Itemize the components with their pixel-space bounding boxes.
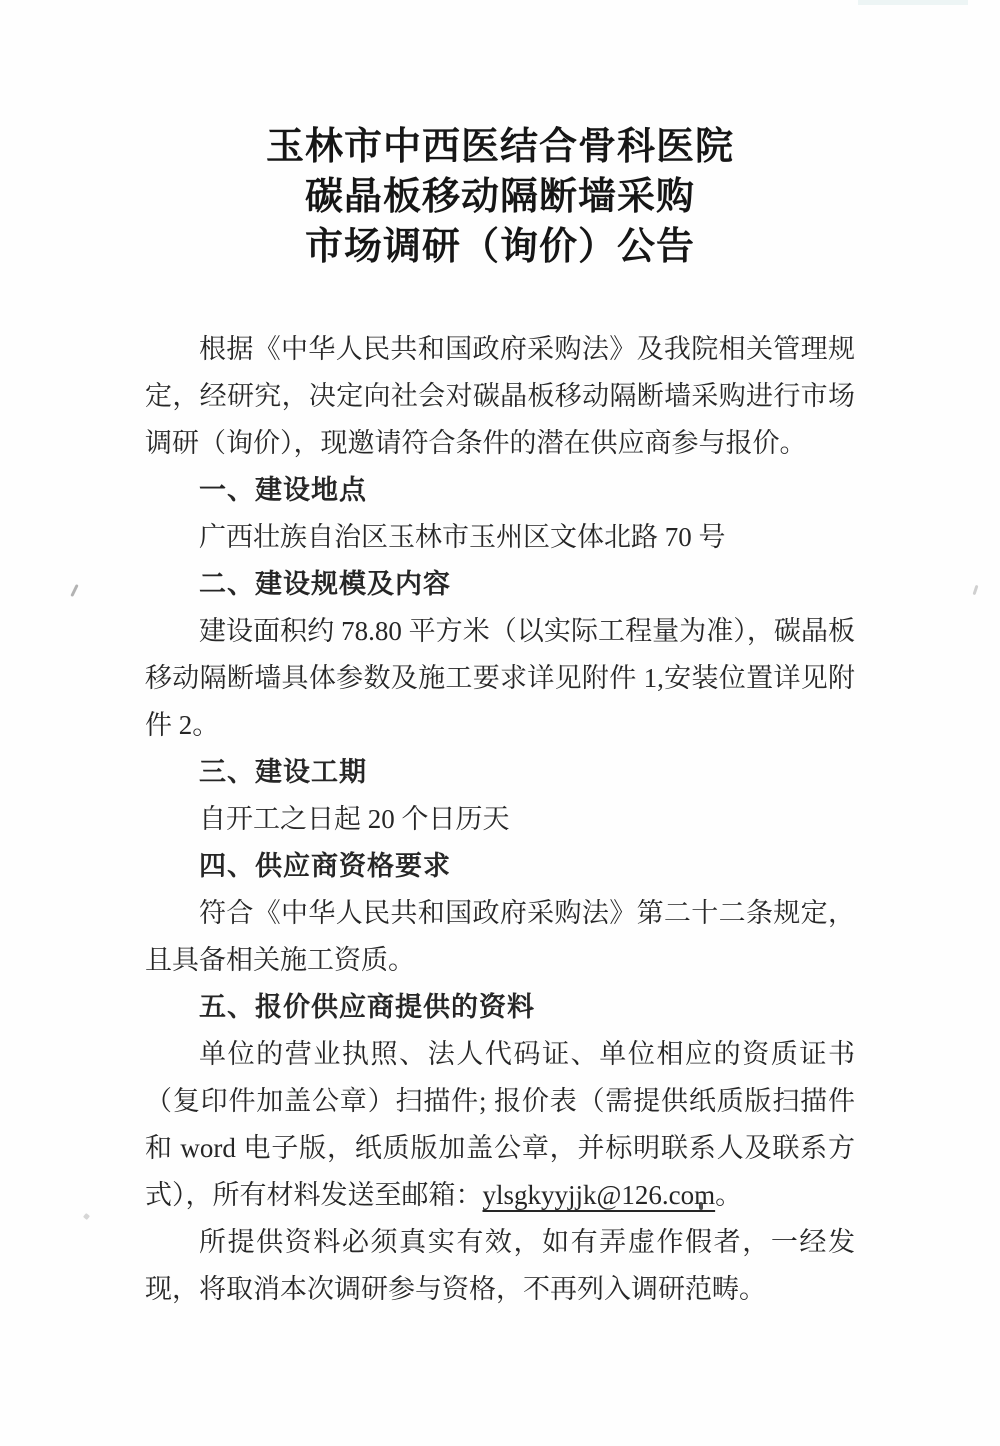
section-5-body: 单位的营业执照、法人代码证、单位相应的资质证书（复印件加盖公章）扫描件; 报价表…	[145, 1031, 855, 1219]
scan-artifact-dot	[699, 1202, 703, 1210]
document-title: 玉林市中西医结合骨科医院 碳晶板移动隔断墙采购 市场调研（询价）公告	[0, 0, 1000, 272]
title-line-3: 市场调研（询价）公告	[0, 222, 1000, 272]
section-2-heading: 二、建设规模及内容	[145, 561, 855, 608]
section-4-body: 符合《中华人民共和国政府采购法》第二十二条规定，且具备相关施工资质。	[145, 890, 855, 984]
section-3-body: 自开工之日起 20 个日历天	[145, 796, 855, 843]
section-5-heading: 五、报价供应商提供的资料	[145, 984, 855, 1031]
closing-paragraph: 所提供资料必须真实有效，如有弄虚作假者，一经发现，将取消本次调研参与资格，不再列…	[145, 1219, 855, 1313]
scan-edge-tint	[858, 0, 968, 5]
scanned-document-page: 玉林市中西医结合骨科医院 碳晶板移动隔断墙采购 市场调研（询价）公告 根据《中华…	[0, 0, 1000, 1446]
intro-paragraph: 根据《中华人民共和国政府采购法》及我院相关管理规定，经研究，决定向社会对碳晶板移…	[145, 326, 855, 467]
section-5-body-suffix: 。	[715, 1180, 742, 1210]
email-address: ylsgkyyjjk@126.com	[483, 1180, 716, 1210]
section-4-heading: 四、供应商资格要求	[145, 843, 855, 890]
title-line-2: 碳晶板移动隔断墙采购	[0, 172, 1000, 222]
section-2-body: 建设面积约 78.80 平方米（以实际工程量为准），碳晶板移动隔断墙具体参数及施…	[145, 608, 855, 749]
title-line-1: 玉林市中西医结合骨科医院	[0, 122, 1000, 172]
section-1-heading: 一、建设地点	[145, 467, 855, 514]
document-body: 根据《中华人民共和国政府采购法》及我院相关管理规定，经研究，决定向社会对碳晶板移…	[0, 326, 1000, 1313]
section-1-body: 广西壮族自治区玉林市玉州区文体北路 70 号	[145, 514, 855, 561]
section-3-heading: 三、建设工期	[145, 749, 855, 796]
